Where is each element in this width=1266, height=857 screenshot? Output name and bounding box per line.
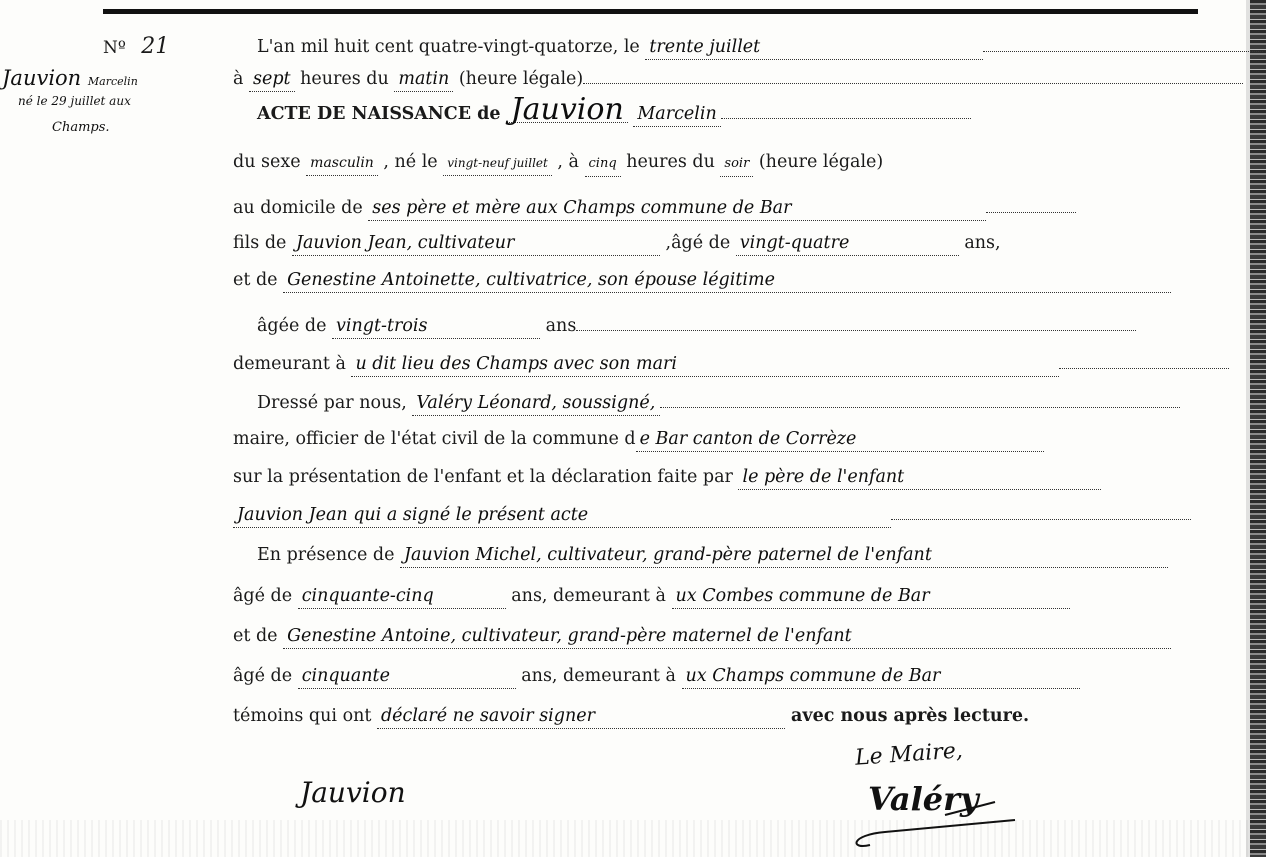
printed-text: sur la présentation de l'enfant et la dé… [233, 467, 738, 487]
line-witness2: et de Genestine Antoine, cultivateur, gr… [233, 621, 1171, 651]
printed-text: fils de [233, 233, 292, 253]
printed-text: ans, [959, 233, 1001, 253]
printed-text: demeurant à [233, 354, 351, 374]
printed-text: L'an mil huit cent quatre-vingt-quatorze… [257, 37, 645, 57]
handwritten-sex: masculin [306, 151, 378, 176]
handwritten-witness1: Jauvion Michel, cultivateur, grand-père … [400, 543, 1168, 568]
handwritten-mother-age: vingt-trois [332, 314, 540, 339]
handwritten-father-age: vingt-quatre [736, 231, 959, 256]
printed-text: heures du [295, 69, 395, 89]
printed-text: âgé de [233, 666, 298, 686]
handwritten-domicile: ses père et mère aux Champs commune de B… [368, 196, 986, 221]
entry-number-value: 21 [141, 34, 169, 59]
entry-number: Nº 21 [103, 34, 169, 59]
line-father: fils de Jauvion Jean, cultivateur ,âgé d… [233, 228, 1001, 258]
printed-text: ans, demeurant à [506, 586, 672, 606]
printed-text: témoins qui ont [233, 706, 377, 726]
dotted-fill [1059, 354, 1229, 369]
line-declarant-signed: Jauvion Jean qui a signé le présent acte [233, 500, 1191, 530]
handwritten-witness2-age: cinquante [298, 664, 516, 689]
handwritten-witness1-age: cinquante-cinq [298, 584, 506, 609]
margin-birth-place: Champs. [52, 120, 110, 135]
maire-label: Le Maire, [854, 738, 963, 770]
handwritten-commune: e Bar canton de Corrèze [636, 427, 1044, 452]
handwritten-given-name: Marcelin [633, 102, 720, 127]
handwritten-declarant: le père de l'enfant [738, 465, 1101, 490]
handwritten-birth-hour: cinq [585, 152, 621, 177]
printed-text: ans, demeurant à [516, 666, 682, 686]
handwritten-witness-statement: déclaré ne savoir signer [377, 704, 785, 729]
handwritten-father: Jauvion Jean, cultivateur [292, 231, 660, 256]
printed-text: (heure légale) [753, 152, 883, 172]
printed-text: ans [540, 316, 576, 336]
printed-text: à [233, 69, 249, 89]
printed-closing: avec nous après lecture. [785, 706, 1029, 726]
dotted-fill [583, 69, 1243, 84]
handwritten-witness2-residence: ux Champs commune de Bar [682, 664, 1080, 689]
page-binding-edge [1250, 0, 1266, 857]
line-year-date: L'an mil huit cent quatre-vingt-quatorze… [257, 32, 1263, 62]
dotted-fill [721, 104, 971, 119]
handwritten-residence: u dit lieu des Champs avec son mari [351, 352, 1059, 377]
line-sex-birth: du sexe masculin , né le vingt-neuf juil… [233, 147, 883, 177]
printed-text: , à [552, 152, 585, 172]
top-rule [103, 9, 1198, 14]
handwritten-declarant-note: Jauvion Jean qui a signé le présent acte [233, 503, 891, 528]
line-witness1: En présence de Jauvion Michel, cultivate… [257, 540, 1168, 570]
acte-heading: ACTE DE NAISSANCE de [257, 104, 507, 124]
line-acte-title: ACTE DE NAISSANCE de Jauvion Marcelin [257, 98, 971, 128]
printed-text: heures du [621, 152, 721, 172]
handwritten-mother: Genestine Antoinette, cultivatrice, son … [283, 268, 1171, 293]
dotted-fill [891, 505, 1191, 520]
dotted-fill [660, 393, 1180, 408]
line-domicile: au domicile de ses père et mère aux Cham… [233, 193, 1076, 223]
line-witness1-age: âgé de cinquante-cinq ans, demeurant à u… [233, 581, 1070, 611]
margin-surname: Jauvion [2, 66, 81, 90]
handwritten-date: trente juillet [645, 35, 983, 60]
printed-text: au domicile de [233, 198, 368, 218]
margin-name: Jauvion Marcelin [2, 66, 138, 90]
margin-given-name: Marcelin [88, 75, 138, 88]
handwritten-officer: Valéry Léonard, soussigné, [412, 391, 660, 416]
dotted-fill [986, 198, 1076, 213]
printed-text: et de [233, 270, 283, 290]
printed-text: âgé de [233, 586, 298, 606]
printed-text: du sexe [233, 152, 306, 172]
declarant-signature: Jauvion [300, 776, 406, 809]
margin-birth-date: né le 29 juillet aux [18, 94, 131, 108]
handwritten-witness2: Genestine Antoine, cultivateur, grand-pè… [283, 624, 1171, 649]
handwritten-hour: sept [249, 67, 295, 92]
line-mother-residence: demeurant à u dit lieu des Champs avec s… [233, 349, 1229, 379]
entry-number-label: Nº [103, 38, 126, 58]
signature-flourish-icon [845, 800, 1025, 850]
line-mother: et de Genestine Antoinette, cultivatrice… [233, 265, 1171, 295]
paper-noise [0, 820, 1250, 857]
printed-text: En présence de [257, 545, 400, 565]
handwritten-period: matin [394, 67, 453, 92]
printed-text: , né le [378, 152, 443, 172]
dotted-fill [983, 37, 1263, 52]
handwritten-birth-date: vingt-neuf juillet [443, 151, 552, 176]
handwritten-surname: Jauvion [507, 98, 628, 123]
printed-text: maire, officier de l'état civil de la co… [233, 429, 636, 449]
printed-text: et de [233, 626, 283, 646]
line-declaration: sur la présentation de l'enfant et la dé… [233, 462, 1101, 492]
line-witness2-age: âgé de cinquante ans, demeurant à ux Cha… [233, 661, 1080, 691]
line-drawn-by: Dressé par nous, Valéry Léonard, soussig… [257, 388, 1180, 418]
printed-text: ,âgé de [660, 233, 736, 253]
handwritten-birth-period: soir [720, 152, 753, 177]
line-hour: à sept heures du matin (heure légale) [233, 64, 1243, 94]
printed-text: (heure légale) [453, 69, 583, 89]
line-witness-statement: témoins qui ont déclaré ne savoir signer… [233, 701, 1029, 731]
dotted-fill [576, 316, 1136, 331]
printed-text: âgée de [257, 316, 332, 336]
register-page: Nº 21 Jauvion Marcelin né le 29 juillet … [0, 0, 1266, 857]
handwritten-witness1-residence: ux Combes commune de Bar [672, 584, 1070, 609]
line-mother-age: âgée de vingt-trois ans [257, 311, 1136, 341]
line-officer: maire, officier de l'état civil de la co… [233, 424, 1044, 454]
printed-text: Dressé par nous, [257, 393, 412, 413]
